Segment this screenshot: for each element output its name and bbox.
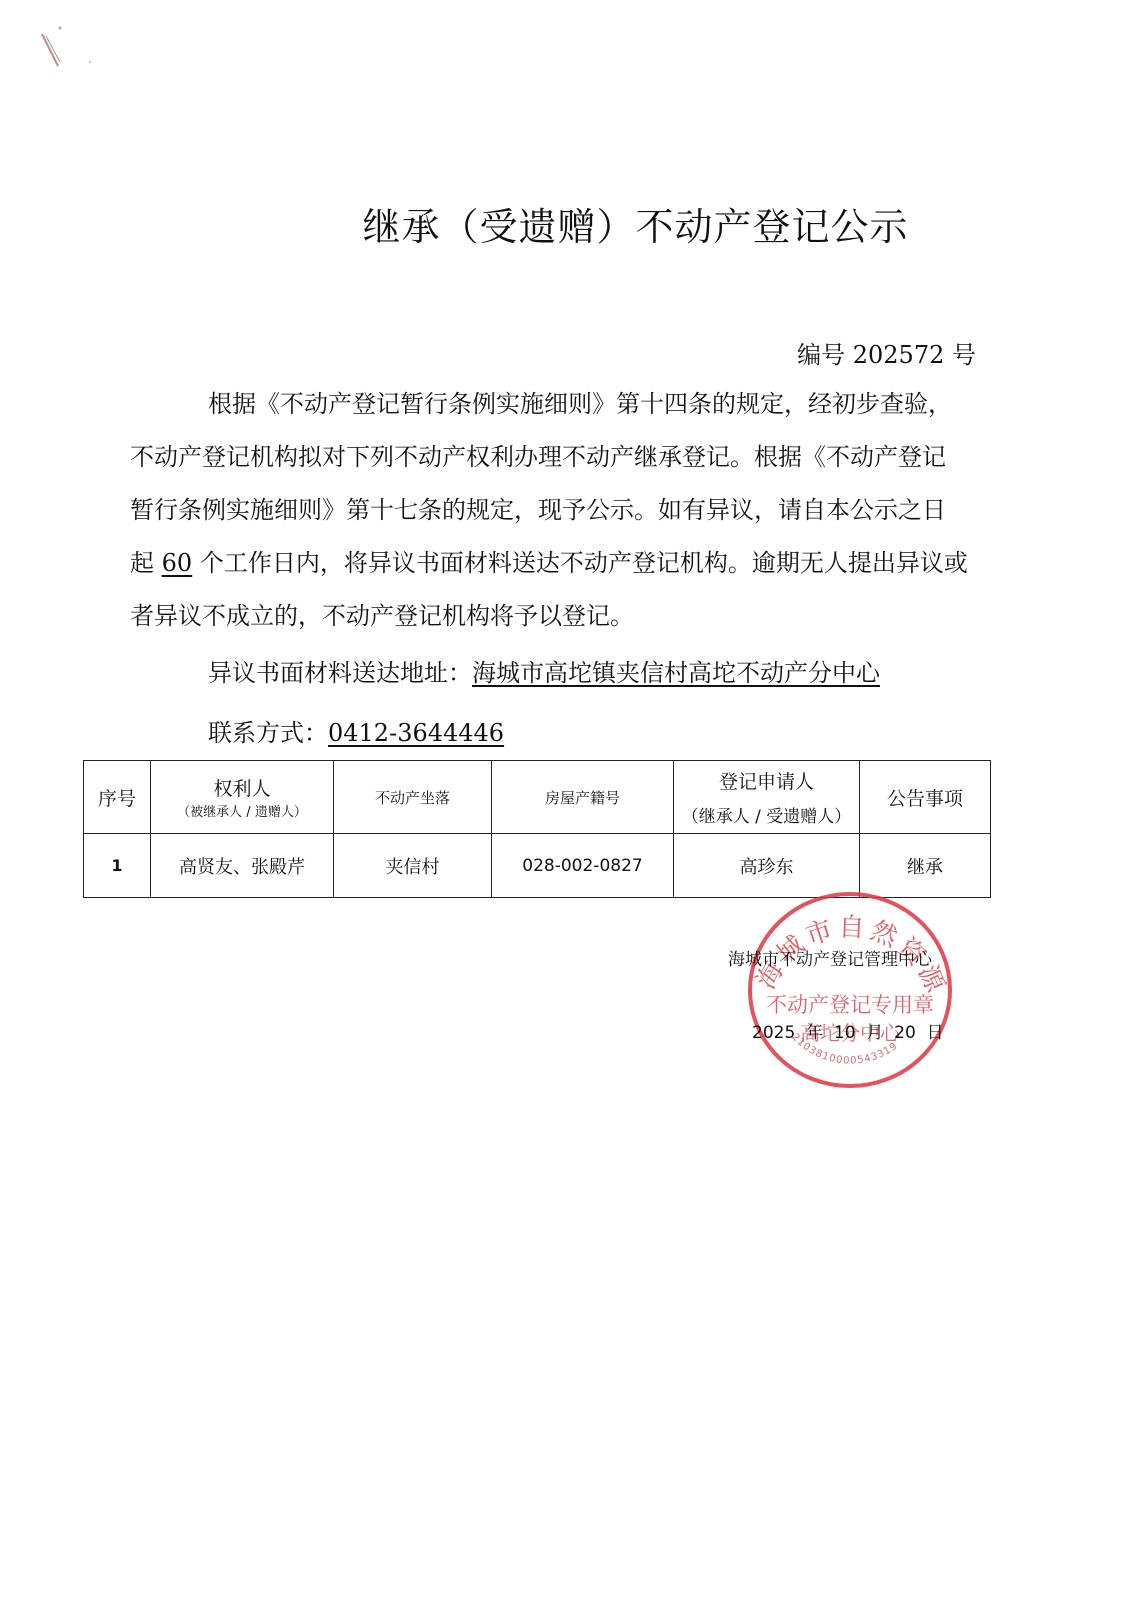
document-title: 继承（受遗赠）不动产登记公示 [0,196,1131,251]
line4-rest: 个工作日内，将异议书面材料送达不动产登记机构。逾期无人提出异议或 [200,549,968,577]
objection-days: 60 [162,549,193,577]
address-value: 海城市高坨镇夹信村高坨不动产分中心 [472,659,880,687]
address-label: 异议书面材料送达地址： [208,659,472,687]
issuer-name: 海城市不动产登记管理中心 [728,945,932,970]
cell-rights-holder: 高贤友、张殿芹 [151,834,334,898]
document-page: 继承（受遗赠）不动产登记公示 编号 202572 号 根据《不动产登记暂行条例实… [0,0,1131,1600]
cell-matter: 继承 [860,834,991,898]
table-header-row: 序号 权利人 （被继承人 / 遗赠人） 不动产坐落 房屋产籍号 登记申请人 （继… [84,761,991,834]
notice-body: 根据《不动产登记暂行条例实施细则》第十四条的规定，经初步查验， 不动产登记机构拟… [130,378,1030,643]
official-seal-stamp: 海城市自然资源局 不动产登记专用章 高坨分中心 2103810000543319 [740,890,960,1090]
header-applicant: 登记申请人 （继承人 / 受遗赠人） [674,761,860,834]
header-rights-holder: 权利人 （被继承人 / 遗赠人） [151,761,334,834]
contact-info: 联系方式：0412-3644446 [208,713,504,748]
table-row: 1 高贤友、张殿芹 夹信村 028-002-0827 高珍东 继承 [84,834,991,898]
body-line-4: 起 60 个工作日内，将异议书面材料送达不动产登记机构。逾期无人提出异议或 [130,537,1030,590]
contact-label: 联系方式： [208,719,328,747]
header-location: 不动产坐落 [334,761,492,834]
registration-table: 序号 权利人 （被继承人 / 遗赠人） 不动产坐落 房屋产籍号 登记申请人 （继… [83,760,991,898]
line4-prefix: 起 [130,549,154,577]
cell-location: 夹信村 [334,834,492,898]
cell-house-no: 028-002-0827 [492,834,674,898]
objection-address: 异议书面材料送达地址：海城市高坨镇夹信村高坨不动产分中心 [208,653,880,688]
cell-applicant: 高珍东 [674,834,860,898]
body-line-2: 不动产登记机构拟对下列不动产权利办理不动产继承登记。根据《不动产登记 [130,431,1030,484]
document-number: 编号 202572 号 [797,335,976,370]
issue-date: 2025 年 10 月 20 日 [752,1018,944,1043]
contact-value: 0412-3644446 [328,719,504,747]
scan-artifact-mark [38,22,98,72]
body-line-3: 暂行条例实施细则》第十七条的规定，现予公示。如有异议，请自本公示之日 [130,484,1030,537]
header-house-no: 房屋产籍号 [492,761,674,834]
body-line-1: 根据《不动产登记暂行条例实施细则》第十四条的规定，经初步查验， [130,378,1030,431]
svg-text:不动产登记专用章: 不动产登记专用章 [766,993,934,1017]
header-matter: 公告事项 [860,761,991,834]
header-seq: 序号 [84,761,151,834]
body-line-5: 者异议不成立的，不动产登记机构将予以登记。 [130,590,1030,643]
cell-seq: 1 [84,834,151,898]
